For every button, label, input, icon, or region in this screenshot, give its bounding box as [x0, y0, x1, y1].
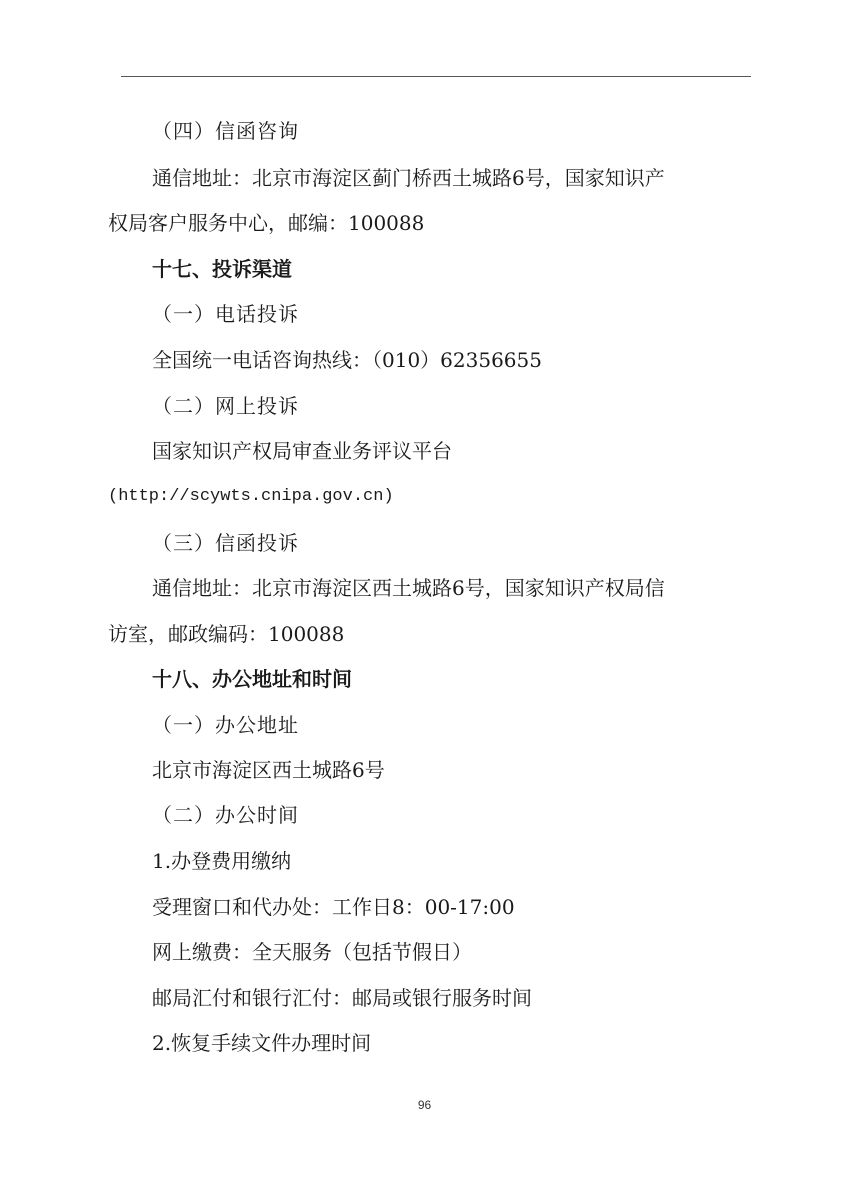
subheading-office-hours: （二）办公时间 [152, 803, 299, 827]
office-address-paragraph: 北京市海淀区西土城路6号 [152, 758, 385, 782]
fee-payment-item: 1.办登费用缴纳 [152, 849, 291, 873]
subheading-phone-complaint: （一）电话投诉 [152, 302, 299, 326]
complaint-address-paragraph: 通信地址：北京市海淀区西土城路6号，国家知识产权局信 [152, 576, 665, 600]
subheading-letter-complaint: （三）信函投诉 [152, 531, 299, 555]
online-payment-paragraph: 网上缴费：全天服务（包括节假日） [152, 940, 472, 964]
restoration-procedure-item: 2.恢复手续文件办理时间 [152, 1031, 371, 1055]
section-heading-complaint-channels: 十七、投诉渠道 [152, 257, 292, 281]
platform-url-link[interactable]: (http://scywts.cnipa.gov.cn) [108, 485, 394, 509]
subheading-office-address: （一）办公地址 [152, 713, 299, 737]
subheading-letter-inquiry: （四）信函咨询 [152, 119, 299, 143]
header-rule [121, 76, 751, 77]
postal-bank-payment-paragraph: 邮局汇付和银行汇付：邮局或银行服务时间 [152, 986, 532, 1010]
mailing-address-continuation: 权局客户服务中心，邮编：100088 [108, 211, 424, 235]
section-heading-office-address-hours: 十八、办公地址和时间 [152, 667, 352, 691]
review-platform-paragraph: 国家知识产权局审查业务评议平台 [152, 439, 452, 463]
complaint-address-continuation: 访室，邮政编码：100088 [108, 622, 344, 646]
subheading-online-complaint: （二）网上投诉 [152, 394, 299, 418]
hotline-paragraph: 全国统一电话咨询热线：（010）62356655 [152, 348, 542, 372]
mailing-address-paragraph: 通信地址：北京市海淀区蓟门桥西土城路6号，国家知识产 [152, 166, 665, 190]
page-number: 96 [0, 1098, 849, 1112]
counter-hours-paragraph: 受理窗口和代办处：工作日8：00-17:00 [152, 895, 515, 919]
